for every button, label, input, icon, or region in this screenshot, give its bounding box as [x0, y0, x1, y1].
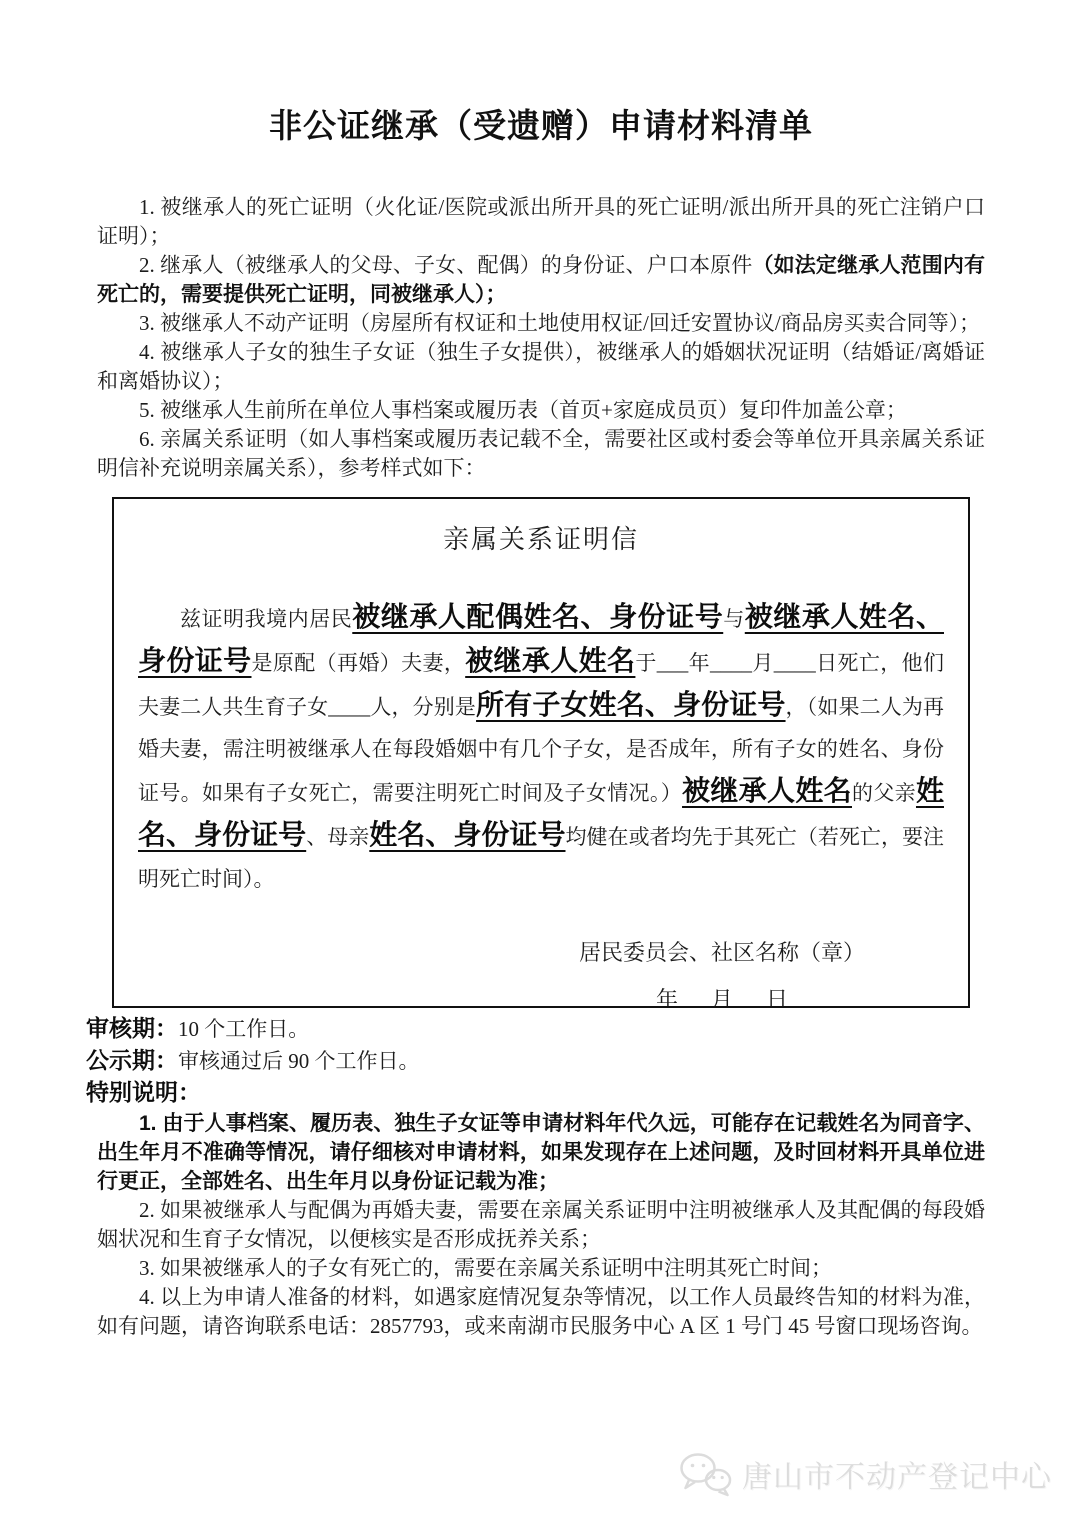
cert-blank-spouse-name-id: 被继承人配偶姓名、身份证号: [352, 601, 723, 632]
cert-run: 的父亲: [852, 781, 916, 805]
watermark-text: 唐山市不动产登记中心: [742, 1452, 1052, 1496]
certificate-date: 年 月 日: [572, 983, 872, 1008]
document-page: 非公证继承（受遗赠）申请材料清单 1. 被继承人的死亡证明（火化证/医院或派出所…: [0, 0, 1080, 1527]
material-item-3: 3. 被继承人不动产证明（房屋所有权证和土地使用权证/回迁安置协议/商品房买卖合…: [97, 309, 985, 338]
material-item-2: 2. 继承人（被继承人的父母、子女、配偶）的身份证、户口本原件（如法定继承人范围…: [97, 251, 985, 309]
special-note-4: 4. 以上为申请人准备的材料，如遇家庭情况复杂等情况，以工作人员最终告知的材料为…: [97, 1283, 985, 1341]
document-content: 非公证继承（受遗赠）申请材料清单 1. 被继承人的死亡证明（火化证/医院或派出所…: [0, 0, 1080, 1341]
review-period-label: 审核期：: [86, 1015, 178, 1041]
material-item-6: 6. 亲属关系证明（如人事档案或履历表记载不全，需要社区或村委会等单位开具亲属关…: [97, 425, 985, 483]
special-note-3: 3. 如果被继承人的子女有死亡的，需要在亲属关系证明中注明其死亡时间；: [97, 1254, 985, 1283]
wechat-icon: [678, 1451, 734, 1497]
cert-run: 兹证明我境内居民: [180, 607, 352, 631]
material-item-5: 5. 被继承人生前所在单位人事档案或履历表（首页+家庭成员页）复印件加盖公章；: [97, 396, 985, 425]
certificate-signature-block: 居民委员会、社区名称（章） 年 月 日: [572, 936, 872, 1008]
cert-blank-mother-name-id: 姓名、身份证号: [369, 819, 565, 850]
review-period-value: 10 个工作日。: [178, 1017, 309, 1041]
certificate-title: 亲属关系证明信: [138, 519, 944, 556]
cert-run: 、母亲: [306, 825, 369, 849]
material-item-4: 4. 被继承人子女的独生子女证（独生子女提供），被继承人的婚姻状况证明（结婚证/…: [97, 338, 985, 396]
page-title: 非公证继承（受遗赠）申请材料清单: [97, 100, 985, 147]
cert-run: 是原配（再婚）夫妻，: [251, 651, 465, 675]
special-note-2: 2. 如果被继承人与配偶为再婚夫妻，需要在亲属关系证明中注明被继承人及其配偶的每…: [97, 1196, 985, 1254]
certificate-body: 兹证明我境内居民被继承人配偶姓名、身份证号与被继承人姓名、身份证号是原配（再婚）…: [138, 596, 944, 900]
material-item-1: 1. 被继承人的死亡证明（火化证/医院或派出所开具的死亡证明/派出所开具的死亡注…: [97, 193, 985, 251]
publicity-period-line: 公示期：审核通过后 90 个工作日。: [86, 1045, 985, 1077]
cert-blank-children-names-ids: 所有子女姓名、身份证号: [476, 689, 786, 720]
special-notes-heading: 特别说明：: [86, 1077, 985, 1109]
material-item-2-text: 2. 继承人（被继承人的父母、子女、配偶）的身份证、户口本原件: [139, 253, 752, 277]
certificate-signature: 居民委员会、社区名称（章）: [572, 936, 872, 967]
publicity-period-label: 公示期：: [86, 1047, 178, 1073]
cert-run: 与: [723, 607, 745, 631]
publicity-period-value: 审核通过后 90 个工作日。: [178, 1049, 420, 1073]
watermark: 唐山市不动产登记中心: [678, 1451, 1052, 1497]
certificate-box: 亲属关系证明信 兹证明我境内居民被继承人配偶姓名、身份证号与被继承人姓名、身份证…: [112, 497, 970, 1008]
cert-blank-decedent-name-2: 被继承人姓名: [682, 775, 852, 806]
special-note-1: 1. 由于人事档案、履历表、独生子女证等申请材料年代久远，可能存在记载姓名为同音…: [97, 1109, 985, 1196]
review-period-line: 审核期：10 个工作日。: [86, 1013, 985, 1045]
cert-blank-decedent-name: 被继承人姓名: [465, 645, 635, 676]
